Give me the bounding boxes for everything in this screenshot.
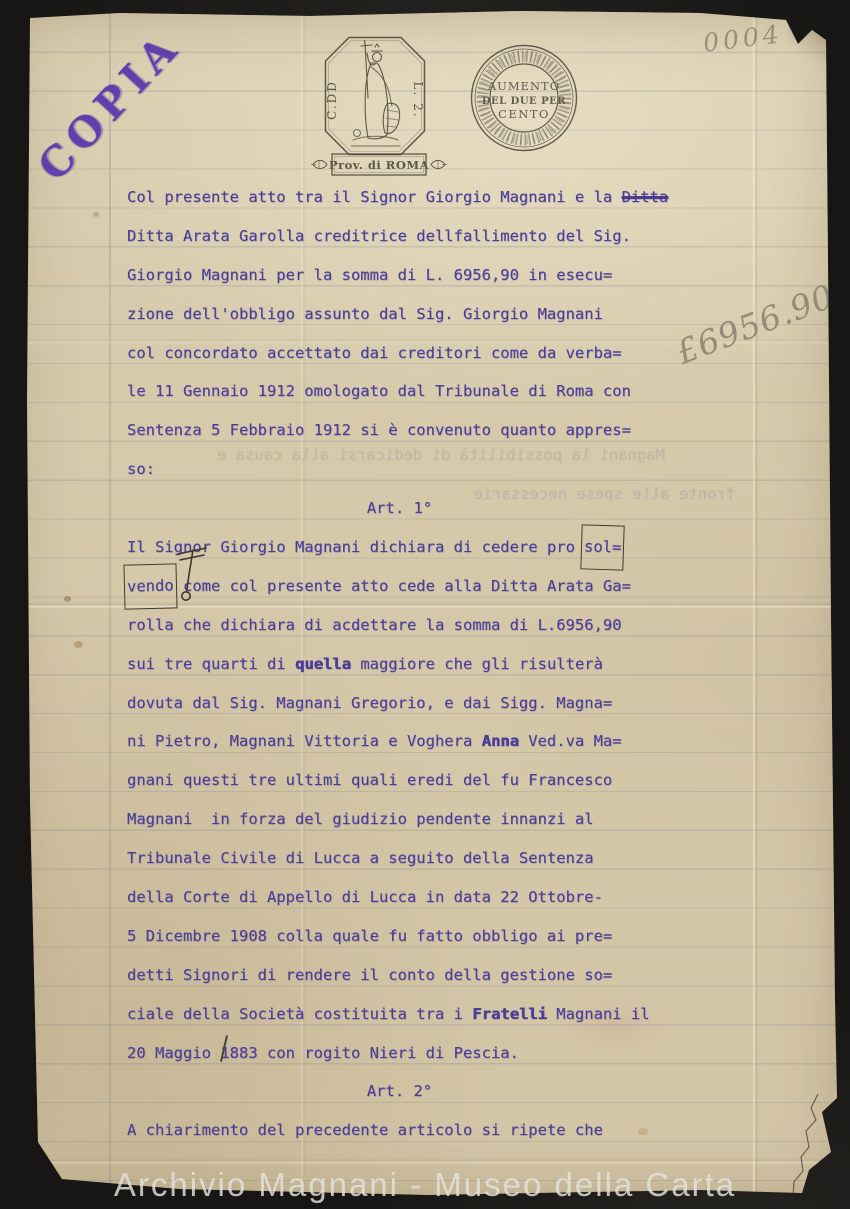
text-segment: ni Pietro, Magnani Vittoria e Voghera bbox=[127, 732, 482, 750]
text-segment: Ved.va Ma= bbox=[519, 732, 622, 750]
text-segment: Sentenza 5 Febbraio 1912 si è convenuto … bbox=[127, 421, 631, 439]
text-segment: vendo bbox=[127, 566, 175, 606]
document-line: Ditta Arata Garolla creditrice dellfalli… bbox=[127, 217, 672, 256]
tax-stamp-circular: AUMENTO DEL DUE PER CENTO bbox=[469, 43, 579, 153]
text-segment: Magnani in forza del giudizio pendente i… bbox=[127, 810, 594, 828]
document-line: dovuta dal Sig. Magnani Gregorio, e dai … bbox=[127, 684, 672, 723]
text-segment: Col presente atto tra il Signor Giorgio … bbox=[127, 188, 622, 206]
text-segment: A chiarimento del precedente articolo si… bbox=[127, 1121, 603, 1139]
stamp-left-text: C.DD bbox=[325, 80, 339, 120]
document-line: ni Pietro, Magnani Vittoria e Voghera An… bbox=[127, 722, 672, 761]
text-segment: Art. 2° bbox=[367, 1082, 432, 1100]
text-segment: Fratelli bbox=[472, 1005, 547, 1023]
text-segment: zione dell'obbligo assunto dal Sig. Gior… bbox=[127, 305, 603, 323]
document-line: Giorgio Magnani per la somma di L. 6956,… bbox=[127, 256, 672, 295]
stamp-text-line1: AUMENTO bbox=[487, 79, 560, 93]
folded-corner bbox=[788, 12, 832, 72]
stamp-text-line2: DEL DUE PER bbox=[482, 96, 566, 107]
text-segment: Giorgio Magnani per la somma di L. 6956,… bbox=[127, 266, 612, 284]
text-segment: Magnani il bbox=[547, 1005, 650, 1023]
proofreader-mark bbox=[172, 545, 210, 605]
document-line: Art. 2° bbox=[127, 1072, 672, 1111]
text-segment: ciale della Società costituita tra i bbox=[127, 1005, 472, 1023]
text-segment: dovuta dal Sig. Magnani Gregorio, e dai … bbox=[127, 694, 612, 712]
document-line: zione dell'obbligo assunto dal Sig. Gior… bbox=[127, 295, 672, 334]
stamp-right-text: L. 2. bbox=[411, 81, 425, 118]
document-line: sui tre quarti di quella maggiore che gl… bbox=[127, 645, 672, 684]
document-line: rolla che dichiara di acdettare la somma… bbox=[127, 606, 672, 645]
text-segment: rolla che dichiara di acdettare la somma… bbox=[127, 616, 622, 634]
document-line: Sentenza 5 Febbraio 1912 si è convenuto … bbox=[127, 411, 672, 450]
text-segment: Tribunale Civile di Lucca a seguito dell… bbox=[127, 849, 594, 867]
document-line: Magnani in forza del giudizio pendente i… bbox=[127, 800, 672, 839]
text-segment: Art. 1° bbox=[367, 499, 432, 517]
document-line: della Corte di Appello di Lucca in data … bbox=[127, 878, 672, 917]
document-line: le 11 Gennaio 1912 omologato dal Tribuna… bbox=[127, 372, 672, 411]
text-segment: 20 Maggio 1883 con rogito Nieri di Pesci… bbox=[127, 1044, 519, 1062]
text-segment: detti Signori di rendere il conto della … bbox=[127, 966, 612, 984]
document-line: so: bbox=[127, 450, 672, 489]
text-segment: quella bbox=[295, 655, 351, 673]
document-line: ciale della Società costituita tra i Fra… bbox=[127, 995, 672, 1034]
text-segment: della Corte di Appello di Lucca in data … bbox=[127, 888, 603, 906]
archive-watermark: Archivio Magnani - Museo della Carta bbox=[0, 1166, 850, 1204]
text-segment: le 11 Gennaio 1912 omologato dal Tribuna… bbox=[127, 382, 631, 400]
text-segment: so: bbox=[127, 460, 155, 478]
document-line: col concordato accettato dai creditori c… bbox=[127, 334, 672, 373]
text-segment: come col presente atto cede alla Ditta A… bbox=[174, 577, 631, 595]
document-line: gnani questi tre ultimi quali eredi del … bbox=[127, 761, 672, 800]
document-line: Col presente atto tra il Signor Giorgio … bbox=[127, 178, 672, 217]
document-line: 20 Maggio 1883 con rogito Nieri di Pesci… bbox=[127, 1034, 672, 1073]
allegorical-figure-icon bbox=[351, 41, 400, 147]
stain bbox=[74, 641, 83, 648]
document-line: detti Signori di rendere il conto della … bbox=[127, 956, 672, 995]
stamp-text-line3: CENTO bbox=[498, 107, 550, 121]
tax-stamp-octagonal: C.DD L. 2. bbox=[324, 36, 426, 156]
text-segment: Ditta bbox=[622, 188, 669, 206]
paper-sheet: Magnani la possibilità di dedicarsi alla… bbox=[0, 0, 850, 1209]
prov-di-roma-plate: Prov. di ROMA bbox=[311, 150, 447, 180]
text-segment: Anna bbox=[482, 732, 519, 750]
margin-rule bbox=[109, 0, 111, 1209]
text-segment: gnani questi tre ultimi quali eredi del … bbox=[127, 771, 612, 789]
stain bbox=[64, 596, 71, 602]
document-line: Art. 1° bbox=[127, 489, 672, 528]
text-segment: sol= bbox=[584, 527, 623, 567]
scan-background: Magnani la possibilità di dedicarsi alla… bbox=[0, 0, 850, 1209]
stain bbox=[93, 212, 99, 217]
text-segment: col concordato accettato dai creditori c… bbox=[127, 344, 622, 362]
document-line: 5 Dicembre 1908 colla quale fu fatto obb… bbox=[127, 917, 672, 956]
text-segment: maggiore che gli risulterà bbox=[351, 655, 603, 673]
text-segment: 5 Dicembre 1908 colla quale fu fatto obb… bbox=[127, 927, 612, 945]
text-segment: sui tre quarti di bbox=[127, 655, 295, 673]
plate-text: Prov. di ROMA bbox=[329, 158, 430, 172]
text-segment: Ditta Arata Garolla creditrice dellfalli… bbox=[127, 227, 631, 245]
document-line: Tribunale Civile di Lucca a seguito dell… bbox=[127, 839, 672, 878]
document-text: Col presente atto tra il Signor Giorgio … bbox=[127, 178, 672, 1150]
document-line: A chiarimento del precedente articolo si… bbox=[127, 1111, 672, 1150]
